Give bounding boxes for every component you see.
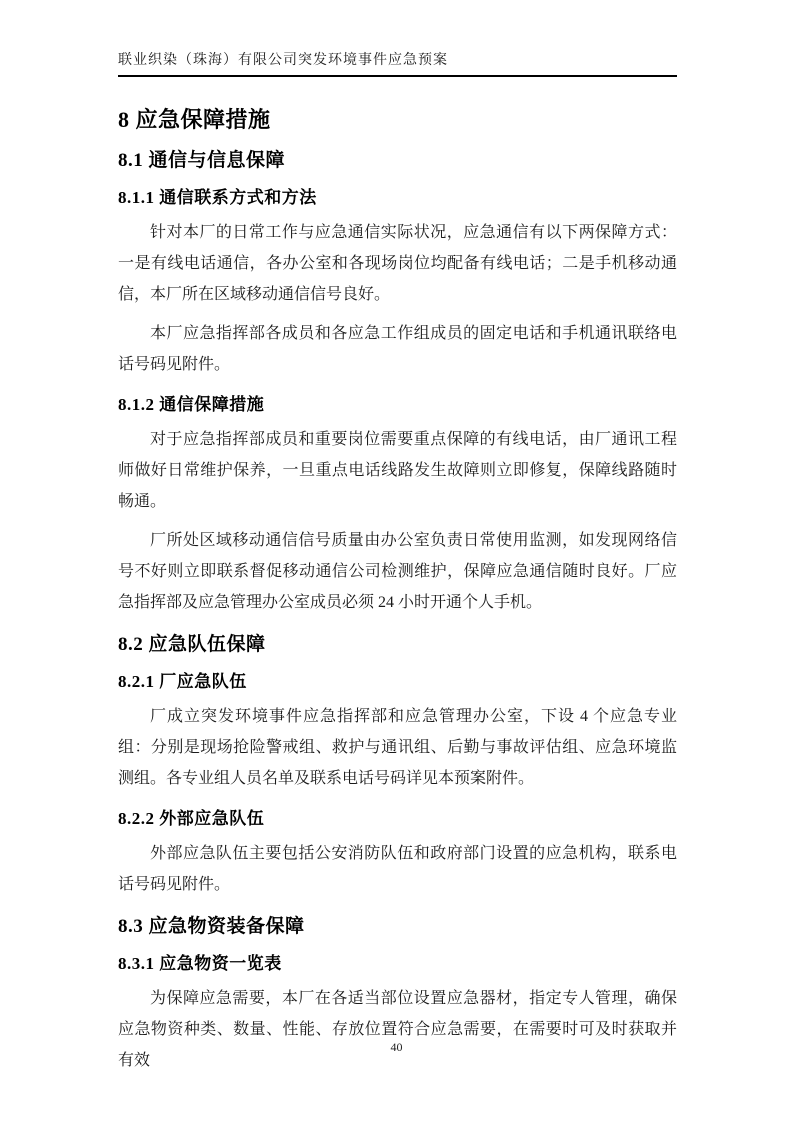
para-8-1-2-mobile-signal-monitoring: 厂所处区域移动通信信号质量由办公室负责日常使用监测，如发现网络信号不好则立即联系… (118, 525, 677, 618)
para-8-1-1-communication-modes: 针对本厂的日常工作与应急通信实际状况，应急通信有以下两保障方式：一是有线电话通信… (118, 217, 677, 310)
document-page: 联业织染（珠海）有限公司突发环境事件应急预案 8 应急保障措施 8.1 通信与信… (0, 0, 793, 1122)
heading-8-2-2: 8.2.2 外部应急队伍 (118, 808, 677, 830)
para-8-1-2-wired-phone-maintenance: 对于应急指挥部成员和重要岗位需要重点保障的有线电话，由厂通讯工程师做好日常维护保… (118, 424, 677, 517)
heading-8-3: 8.3 应急物资装备保障 (118, 914, 677, 939)
heading-8-1: 8.1 通信与信息保障 (118, 148, 677, 173)
para-8-3-1-supplies-management: 为保障应急需要，本厂在各适当部位设置应急器材，指定专人管理，确保应急物资种类、数… (118, 983, 677, 1076)
heading-8-3-1: 8.3.1 应急物资一览表 (118, 953, 677, 975)
header-title: 联业织染（珠海）有限公司突发环境事件应急预案 (118, 52, 677, 77)
page-number: 40 (391, 1040, 403, 1054)
heading-8-1-2: 8.1.2 通信保障措施 (118, 394, 677, 416)
page-header: 联业织染（珠海）有限公司突发环境事件应急预案 (118, 0, 677, 77)
heading-8-2: 8.2 应急队伍保障 (118, 632, 677, 657)
heading-8: 8 应急保障措施 (118, 105, 677, 134)
para-8-2-2-external-teams: 外部应急队伍主要包括公安消防队伍和政府部门设置的应急机构，联系电话号码见附件。 (118, 838, 677, 900)
page-footer: 40 (0, 1038, 793, 1056)
heading-8-1-1: 8.1.1 通信联系方式和方法 (118, 187, 677, 209)
document-content: 8 应急保障措施 8.1 通信与信息保障 8.1.1 通信联系方式和方法 针对本… (118, 105, 677, 1076)
para-8-2-1-factory-emergency-teams: 厂成立突发环境事件应急指挥部和应急管理办公室，下设 4 个应急专业组：分别是现场… (118, 701, 677, 794)
heading-8-2-1: 8.2.1 厂应急队伍 (118, 671, 677, 693)
para-8-1-1-phone-numbers-attachment: 本厂应急指挥部各成员和各应急工作组成员的固定电话和手机通讯联络电话号码见附件。 (118, 318, 677, 380)
